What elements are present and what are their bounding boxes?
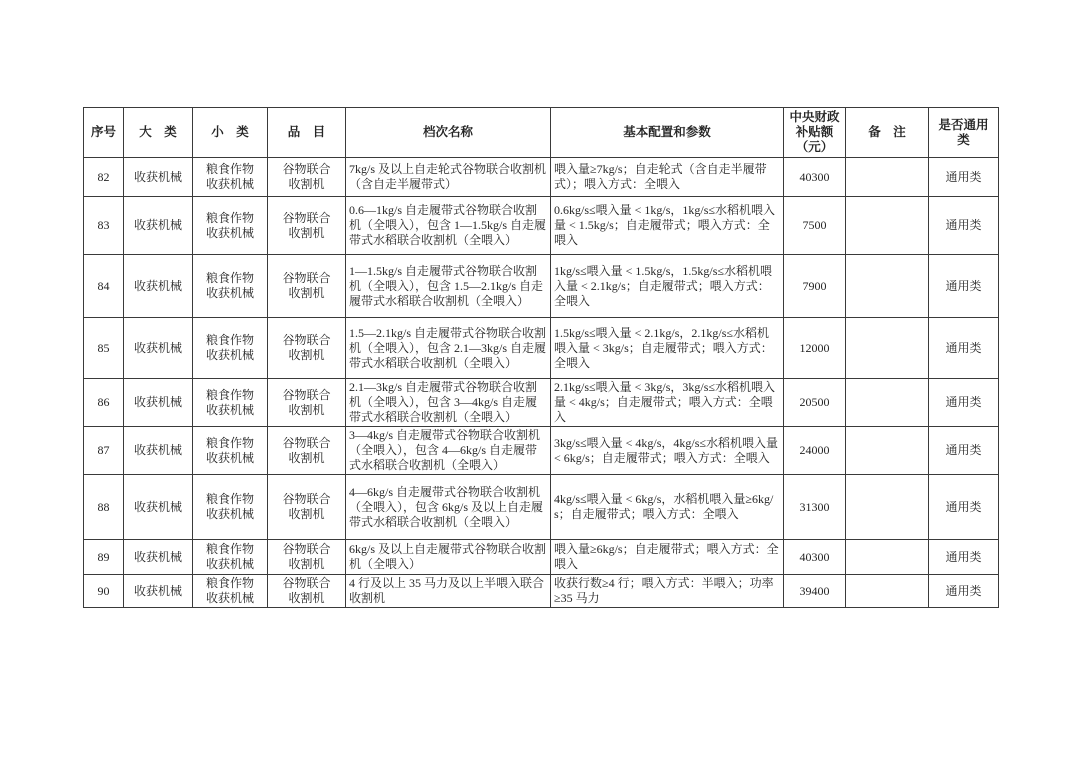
cell-subcategory: 粮食作物 收获机械 [193,158,268,197]
table-row: 86 收获机械 粮食作物 收获机械 谷物联合 收割机 2.1—3kg/s 自走履… [84,379,999,427]
cell-item: 谷物联合 收割机 [268,427,346,475]
cell-general-class: 通用类 [929,475,999,540]
cell-general-class: 通用类 [929,427,999,475]
cell-item: 谷物联合 收割机 [268,379,346,427]
col-header-item: 品 目 [268,108,346,158]
table-row: 84 收获机械 粮食作物 收获机械 谷物联合 收割机 1—1.5kg/s 自走履… [84,255,999,318]
cell-subcategory: 粮食作物 收获机械 [193,475,268,540]
cell-category: 收获机械 [124,255,193,318]
table-body: 82 收获机械 粮食作物 收获机械 谷物联合 收割机 7kg/s 及以上自走轮式… [84,158,999,608]
cell-category: 收获机械 [124,197,193,255]
cell-note [846,540,929,575]
document-page: 序号 大 类 小 类 品 目 档次名称 基本配置和参数 中央财政 补贴额 （元）… [0,0,1080,764]
cell-note [846,475,929,540]
cell-serial-no: 88 [84,475,124,540]
cell-category: 收获机械 [124,427,193,475]
table-row: 87 收获机械 粮食作物 收获机械 谷物联合 收割机 3—4kg/s 自走履带式… [84,427,999,475]
cell-note [846,379,929,427]
cell-general-class: 通用类 [929,255,999,318]
cell-config-params: 0.6kg/s≤喂入量 < 1kg/s，1kg/s≤水稻机喂入量 < 1.5kg… [551,197,784,255]
table-row: 89 收获机械 粮食作物 收获机械 谷物联合 收割机 6kg/s 及以上自走履带… [84,540,999,575]
cell-grade-name: 4—6kg/s 自走履带式谷物联合收割机（全喂入），包含 6kg/s 及以上自走… [346,475,551,540]
col-header-no: 序号 [84,108,124,158]
col-header-category: 大 类 [124,108,193,158]
cell-config-params: 4kg/s≤喂入量 < 6kg/s，水稻机喂入量≥6kg/s；自走履带式；喂入方… [551,475,784,540]
cell-category: 收获机械 [124,540,193,575]
cell-serial-no: 90 [84,575,124,608]
cell-serial-no: 89 [84,540,124,575]
cell-grade-name: 1—1.5kg/s 自走履带式谷物联合收割机（全喂入），包含 1.5—2.1kg… [346,255,551,318]
cell-subsidy-amount: 20500 [784,379,846,427]
cell-subsidy-amount: 7900 [784,255,846,318]
table-row: 88 收获机械 粮食作物 收获机械 谷物联合 收割机 4—6kg/s 自走履带式… [84,475,999,540]
cell-subsidy-amount: 24000 [784,427,846,475]
cell-serial-no: 84 [84,255,124,318]
cell-category: 收获机械 [124,158,193,197]
cell-subcategory: 粮食作物 收获机械 [193,255,268,318]
table-row: 85 收获机械 粮食作物 收获机械 谷物联合 收割机 1.5—2.1kg/s 自… [84,318,999,379]
table-row: 83 收获机械 粮食作物 收获机械 谷物联合 收割机 0.6—1kg/s 自走履… [84,197,999,255]
cell-subsidy-amount: 7500 [784,197,846,255]
cell-subsidy-amount: 39400 [784,575,846,608]
cell-grade-name: 6kg/s 及以上自走履带式谷物联合收割机（全喂入） [346,540,551,575]
cell-config-params: 1kg/s≤喂入量 < 1.5kg/s，1.5kg/s≤水稻机喂入量 < 2.1… [551,255,784,318]
cell-config-params: 1.5kg/s≤喂入量 < 2.1kg/s，2.1kg/s≤水稻机喂入量 < 3… [551,318,784,379]
cell-category: 收获机械 [124,575,193,608]
cell-category: 收获机械 [124,475,193,540]
cell-category: 收获机械 [124,379,193,427]
cell-subcategory: 粮食作物 收获机械 [193,197,268,255]
cell-subsidy-amount: 40300 [784,540,846,575]
cell-grade-name: 4 行及以上 35 马力及以上半喂入联合收割机 [346,575,551,608]
cell-config-params: 喂入量≥7kg/s；自走轮式（含自走半履带式）；喂入方式：全喂入 [551,158,784,197]
cell-general-class: 通用类 [929,318,999,379]
col-header-note: 备 注 [846,108,929,158]
cell-grade-name: 1.5—2.1kg/s 自走履带式谷物联合收割机（全喂入），包含 2.1—3kg… [346,318,551,379]
cell-item: 谷物联合 收割机 [268,197,346,255]
cell-note [846,197,929,255]
cell-grade-name: 2.1—3kg/s 自走履带式谷物联合收割机（全喂入），包含 3—4kg/s 自… [346,379,551,427]
col-header-general: 是否通用 类 [929,108,999,158]
cell-grade-name: 3—4kg/s 自走履带式谷物联合收割机（全喂入），包含 4—6kg/s 自走履… [346,427,551,475]
cell-note [846,255,929,318]
cell-serial-no: 87 [84,427,124,475]
cell-subcategory: 粮食作物 收获机械 [193,318,268,379]
cell-general-class: 通用类 [929,158,999,197]
cell-serial-no: 83 [84,197,124,255]
cell-subcategory: 粮食作物 收获机械 [193,427,268,475]
cell-item: 谷物联合 收割机 [268,475,346,540]
table-row: 82 收获机械 粮食作物 收获机械 谷物联合 收割机 7kg/s 及以上自走轮式… [84,158,999,197]
table-header-row: 序号 大 类 小 类 品 目 档次名称 基本配置和参数 中央财政 补贴额 （元）… [84,108,999,158]
cell-item: 谷物联合 收割机 [268,318,346,379]
cell-general-class: 通用类 [929,197,999,255]
cell-serial-no: 85 [84,318,124,379]
cell-config-params: 收获行数≥4 行；喂入方式：半喂入；功率≥35 马力 [551,575,784,608]
cell-general-class: 通用类 [929,540,999,575]
cell-config-params: 2.1kg/s≤喂入量 < 3kg/s，3kg/s≤水稻机喂入量 < 4kg/s… [551,379,784,427]
cell-config-params: 3kg/s≤喂入量 < 4kg/s，4kg/s≤水稻机喂入量 < 6kg/s；自… [551,427,784,475]
cell-item: 谷物联合 收割机 [268,255,346,318]
cell-subcategory: 粮食作物 收获机械 [193,575,268,608]
col-header-config: 基本配置和参数 [551,108,784,158]
cell-serial-no: 86 [84,379,124,427]
cell-serial-no: 82 [84,158,124,197]
cell-grade-name: 7kg/s 及以上自走轮式谷物联合收割机（含自走半履带式） [346,158,551,197]
cell-subcategory: 粮食作物 收获机械 [193,379,268,427]
cell-note [846,575,929,608]
cell-item: 谷物联合 收割机 [268,575,346,608]
cell-subsidy-amount: 40300 [784,158,846,197]
col-header-subcategory: 小 类 [193,108,268,158]
col-header-grade: 档次名称 [346,108,551,158]
table-row: 90 收获机械 粮食作物 收获机械 谷物联合 收割机 4 行及以上 35 马力及… [84,575,999,608]
cell-category: 收获机械 [124,318,193,379]
cell-item: 谷物联合 收割机 [268,158,346,197]
cell-subsidy-amount: 12000 [784,318,846,379]
cell-subcategory: 粮食作物 收获机械 [193,540,268,575]
subsidy-table: 序号 大 类 小 类 品 目 档次名称 基本配置和参数 中央财政 补贴额 （元）… [83,107,999,608]
cell-general-class: 通用类 [929,575,999,608]
cell-note [846,158,929,197]
cell-note [846,318,929,379]
cell-subsidy-amount: 31300 [784,475,846,540]
cell-general-class: 通用类 [929,379,999,427]
cell-config-params: 喂入量≥6kg/s；自走履带式；喂入方式：全喂入 [551,540,784,575]
cell-grade-name: 0.6—1kg/s 自走履带式谷物联合收割机（全喂入），包含 1—1.5kg/s… [346,197,551,255]
cell-note [846,427,929,475]
col-header-subsidy: 中央财政 补贴额 （元） [784,108,846,158]
cell-item: 谷物联合 收割机 [268,540,346,575]
